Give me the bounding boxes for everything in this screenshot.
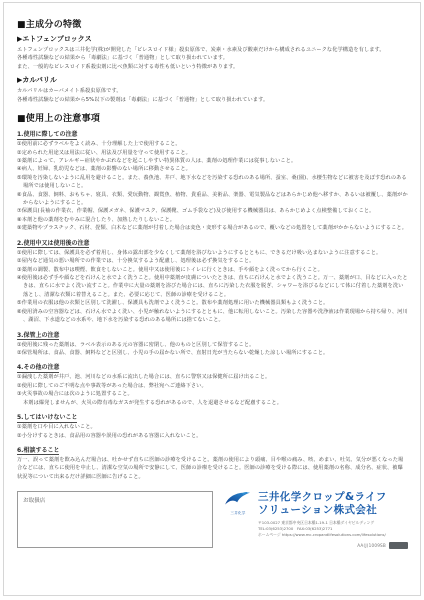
- precaution-item: ⑤環境を汚染しないように乱用を避けること。また、養魚池、井戸、地下水などを汚染す…: [17, 174, 408, 191]
- ingredient-text: 各種毒性試験などの結果から5%以下の製剤は「毒劇法」に基づく「普通物」として取り…: [17, 96, 408, 104]
- precaution-group-before-use: 1.使用に際しての注意 ①使用前に必ずラベルをよく読み、十分理解した上で使用する…: [17, 129, 408, 233]
- company-name: 三井化学クロップ&ライフ ソリューション株式会社: [258, 491, 387, 517]
- precaution-item: ②屋内など通気の悪い場所での作業では、十分換気するよう配慮し、処理後は必ず換気を…: [17, 257, 408, 265]
- precaution-group-heading: 6.相談すること: [17, 445, 408, 454]
- precaution-item: ⑦保護具(長袖の作業衣、作業帽、保護メガネ、保護マスク、保護靴、ゴム手袋など)及…: [17, 207, 408, 215]
- precaution-item: ④使用後は必ず手や顔などを石けんと水でよく洗うこと。使用中薬剤が皮膚についたとき…: [17, 274, 408, 299]
- precaution-group-storage: 3.保管上の注意 ①使用後に残った薬剤は、ラベル表示のある元の容器に密閉し、他の…: [17, 330, 408, 358]
- precaution-item: ⑧本剤と他の薬剤をむやみに混合したり、加熱したりしないこと。: [17, 216, 408, 224]
- precaution-item: ③火災事故の場合には次のように処置すること。: [17, 390, 408, 398]
- precaution-paragraph: 万一、誤って薬剤を飲み込んだ場合は、吐かせず直ちに医師の診療を受けること。薬剤の…: [17, 456, 408, 481]
- precaution-group-consult: 6.相談すること 万一、誤って薬剤を飲み込んだ場合は、吐かせず直ちに医師の診療を…: [17, 445, 408, 481]
- precaution-item: ②使用に際してのご不明な点や事故等があった場合は、弊社宛へご連絡下さい。: [17, 382, 408, 390]
- print-code: AA(J)1009SB: [357, 543, 386, 548]
- print-code-row: AA(J)1009SB: [223, 542, 408, 549]
- precaution-item: ⑥使用済みの空容器などは、石けん水でよく洗い、小児が触れないようにするとともに、…: [17, 308, 408, 325]
- precaution-group-do-not: 5.してはいけないこと ①薬剤を口や目に入れないこと。 ②小分けするときは、食品…: [17, 412, 408, 440]
- ingredient-text: エトフェンプロックスは三井化学(株)が開発した「ピレスロイド様」殺虫原体で、炭素…: [17, 46, 408, 54]
- section-title-main-ingredients: ■主成分の特徴: [17, 17, 408, 30]
- precaution-item: ①使用に際しては、保護具を必ず着用し、身体の露出部を少なくして薬剤を浴びないよう…: [17, 249, 408, 257]
- precaution-item: ①使用後に残った薬剤は、ラベル表示のある元の容器に密閉し、他のものと区別して保管…: [17, 341, 408, 349]
- precaution-group-during-after-use: 2.使用中又は使用後の注意 ①使用に際しては、保護具を必ず着用し、身体の露出部を…: [17, 238, 408, 325]
- ingredient-etofenprox: ▶エトフェンプロックス エトフェンプロックスは三井化学(株)が開発した「ピレスロ…: [17, 34, 408, 71]
- precaution-item: ④病人、妊婦、乳幼児などは、薬剤の影響のない場所に移動させること。: [17, 165, 408, 173]
- precaution-item-note: 本剤は爆発しませんが、火災の際有毒なガスが発生する恐れがあるので、人を退避させる…: [17, 399, 408, 407]
- company-name-line1: 三井化学クロップ&ライフ: [258, 491, 387, 504]
- product-back-label: ■主成分の特徴 ▶エトフェンプロックス エトフェンプロックスは三井化学(株)が開…: [3, 2, 421, 596]
- precaution-item: ②保管場所は、食品、食器、飼料などと区別し、小児の手の届かない所で、直射日光が当…: [17, 349, 408, 357]
- ingredient-heading-etofenprox: ▶エトフェンプロックス: [17, 34, 408, 44]
- print-lot-badge: [389, 542, 408, 549]
- ingredient-text: 各種毒性試験などの結果から「毒劇法」に基づく「普通物」として取り扱われています。: [17, 54, 408, 62]
- precaution-group-heading: 5.してはいけないこと: [17, 412, 408, 421]
- precaution-item: ②定められた用途又は用法に従い、用法及び用量を守って使用すること。: [17, 149, 408, 157]
- precaution-item: ①薬剤を口や目に入れないこと。: [17, 423, 408, 431]
- precaution-group-other: 4.その他の注意 ①漏洩した薬剤が井戸、池、河川などの水系に流出した場合には、直…: [17, 362, 408, 407]
- precaution-group-heading: 3.保管上の注意: [17, 330, 408, 339]
- section-main-ingredients: ■主成分の特徴 ▶エトフェンプロックス エトフェンプロックスは三井化学(株)が開…: [17, 17, 408, 104]
- label-footer: お取扱店 三井化学: [17, 491, 408, 549]
- ingredient-heading-carbaryl: ▶カルバリル: [17, 75, 408, 85]
- dealer-box: お取扱店: [17, 491, 213, 548]
- precaution-item: ①漏洩した薬剤が井戸、池、河川などの水系に流出した場合には、直ちに警察又は保健所…: [17, 373, 408, 381]
- precaution-item: ③薬剤によって、アレルギー症状やかぶれなどを起こしやすい特異体質の人は、薬剤の処…: [17, 157, 408, 165]
- precaution-item: ⑨建築物やプラスチック、石材、畳類、白木などに薬剤が付着した場合は変色・変形する…: [17, 224, 408, 232]
- company-fineprint: 〒103-0027 東京都中央区日本橋1-19-1 日本橋ダイヤビルディング T…: [258, 520, 408, 538]
- precaution-item: ③薬剤の調製、散布中は喫煙、飲食をしないこと。使用中又は使用後にトイレに行くとき…: [17, 266, 408, 274]
- section-title-precautions: ■使用上の注意事項: [17, 111, 408, 124]
- company-logo: 三井化学: [223, 491, 253, 515]
- precaution-item: ①使用前に必ずラベルをよく読み、十分理解した上で使用すること。: [17, 140, 408, 148]
- precaution-group-heading: 4.その他の注意: [17, 362, 408, 371]
- precaution-item: ⑥食品、食器、飼料、おもちゃ、寝具、衣類、愛玩動物、観賞魚、植物、貴重品、美術品…: [17, 191, 408, 208]
- company-homepage: ホームページ https://www.mc-cropandlifesolutio…: [258, 532, 408, 538]
- ingredient-carbaryl: ▶カルバリル カルバリルはカーバメイト系殺虫原体です。 各種毒性試験などの結果か…: [17, 75, 408, 104]
- logo-caption: 三井化学: [223, 511, 253, 515]
- section-usage-precautions: ■使用上の注意事項 1.使用に際しての注意 ①使用前に必ずラベルをよく読み、十分…: [17, 111, 408, 481]
- ingredient-text: また、一般的なピレスロイド系殺虫剤に比べ魚類に対する毒性も低いという特徴がありま…: [17, 63, 408, 71]
- precaution-item: ②小分けするときは、食品用の容器や誤用の恐れがある容器に入れないこと。: [17, 432, 408, 440]
- company-block: 三井化学 三井化学クロップ&ライフ ソリューション株式会社 〒103-0027 …: [223, 491, 408, 549]
- dolphin-logo-icon: [224, 491, 252, 507]
- dealer-box-label: お取扱店: [23, 498, 45, 504]
- ingredient-text: カルバリルはカーバメイト系殺虫原体です。: [17, 87, 408, 95]
- company-name-line2: ソリューション株式会社: [258, 504, 387, 517]
- precaution-group-heading: 2.使用中又は使用後の注意: [17, 238, 408, 247]
- precaution-item: ⑤作業用の衣服は他の衣類と区別して洗濯し、保護具も洗剤でよく洗うこと。散布や薬剤…: [17, 299, 408, 307]
- precaution-group-heading: 1.使用に際しての注意: [17, 129, 408, 138]
